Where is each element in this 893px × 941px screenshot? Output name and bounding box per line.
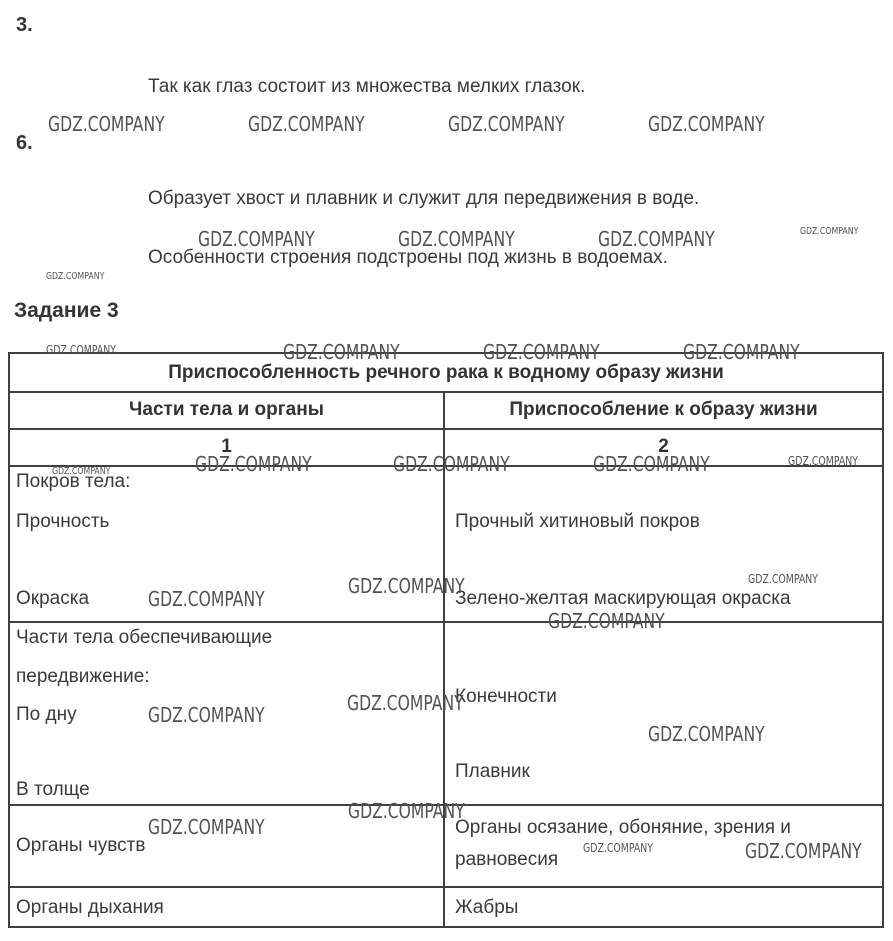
table-rule (10, 886, 882, 888)
table-col2-number: 2 (445, 428, 882, 465)
table-row2-left-line2: передвижение: (16, 666, 150, 688)
answer-3-number: 3. (16, 14, 33, 37)
table-row2-right-line1: Конечности (455, 686, 557, 708)
answer-6-text-line-2: Особенности строения подстроены под жизн… (148, 247, 668, 269)
table-row1-left-line1: Покров тела: (16, 471, 130, 493)
answer-3-text: Так как глаз состоит из множества мелких… (148, 76, 585, 98)
table-col1-number: 1 (10, 428, 443, 465)
adaptation-table: Приспособленность речного рака к водному… (8, 352, 884, 928)
table-row4-left-line1: Органы дыхания (16, 897, 164, 919)
table-row4-right-line1: Жабры (455, 897, 518, 919)
watermark-text: GDZ.COMPANY (800, 226, 858, 237)
table-row2-left-line3: По дну (16, 704, 77, 726)
table-row3-right-line1: Органы осязание, обоняние, зрения и (455, 817, 791, 839)
table-row3-right-line2: равновесия (455, 849, 558, 871)
table-row1-right-line1: Прочный хитиновый покров (455, 511, 700, 533)
table-rule (10, 804, 882, 806)
table-row1-left-line2: Прочность (16, 511, 109, 533)
table-column-divider (443, 391, 445, 926)
answer-6-text-line-1: Образует хвост и плавник и служит для пе… (148, 188, 699, 210)
watermark-text: GDZ.COMPANY (46, 271, 104, 282)
table-row2-right-line2: Плавник (455, 761, 530, 783)
table-row2-left-line4: В толще (16, 779, 90, 801)
watermark-text: GDZ.COMPANY (248, 112, 365, 136)
table-col1-header: Части тела и органы (10, 391, 443, 428)
document-page: 3. Так как глаз состоит из множества мел… (0, 0, 893, 941)
table-title: Приспособленность речного рака к водному… (10, 354, 882, 391)
watermark-text: GDZ.COMPANY (648, 112, 765, 136)
watermark-text: GDZ.COMPANY (448, 112, 565, 136)
watermark-text: GDZ.COMPANY (48, 112, 165, 136)
task-3-heading: Задание 3 (14, 299, 119, 323)
table-rule (10, 621, 882, 623)
table-rule (10, 465, 882, 467)
table-row2-left-line1: Части тела обеспечивающие (16, 627, 272, 649)
table-row1-right-line2: Зелено-желтая маскирующая окраска (455, 588, 791, 610)
answer-6-number: 6. (16, 132, 33, 155)
table-col2-header: Приспособление к образу жизни (445, 391, 882, 428)
table-row3-left-line1: Органы чувств (16, 835, 145, 857)
table-row1-left-line3: Окраска (16, 588, 89, 610)
